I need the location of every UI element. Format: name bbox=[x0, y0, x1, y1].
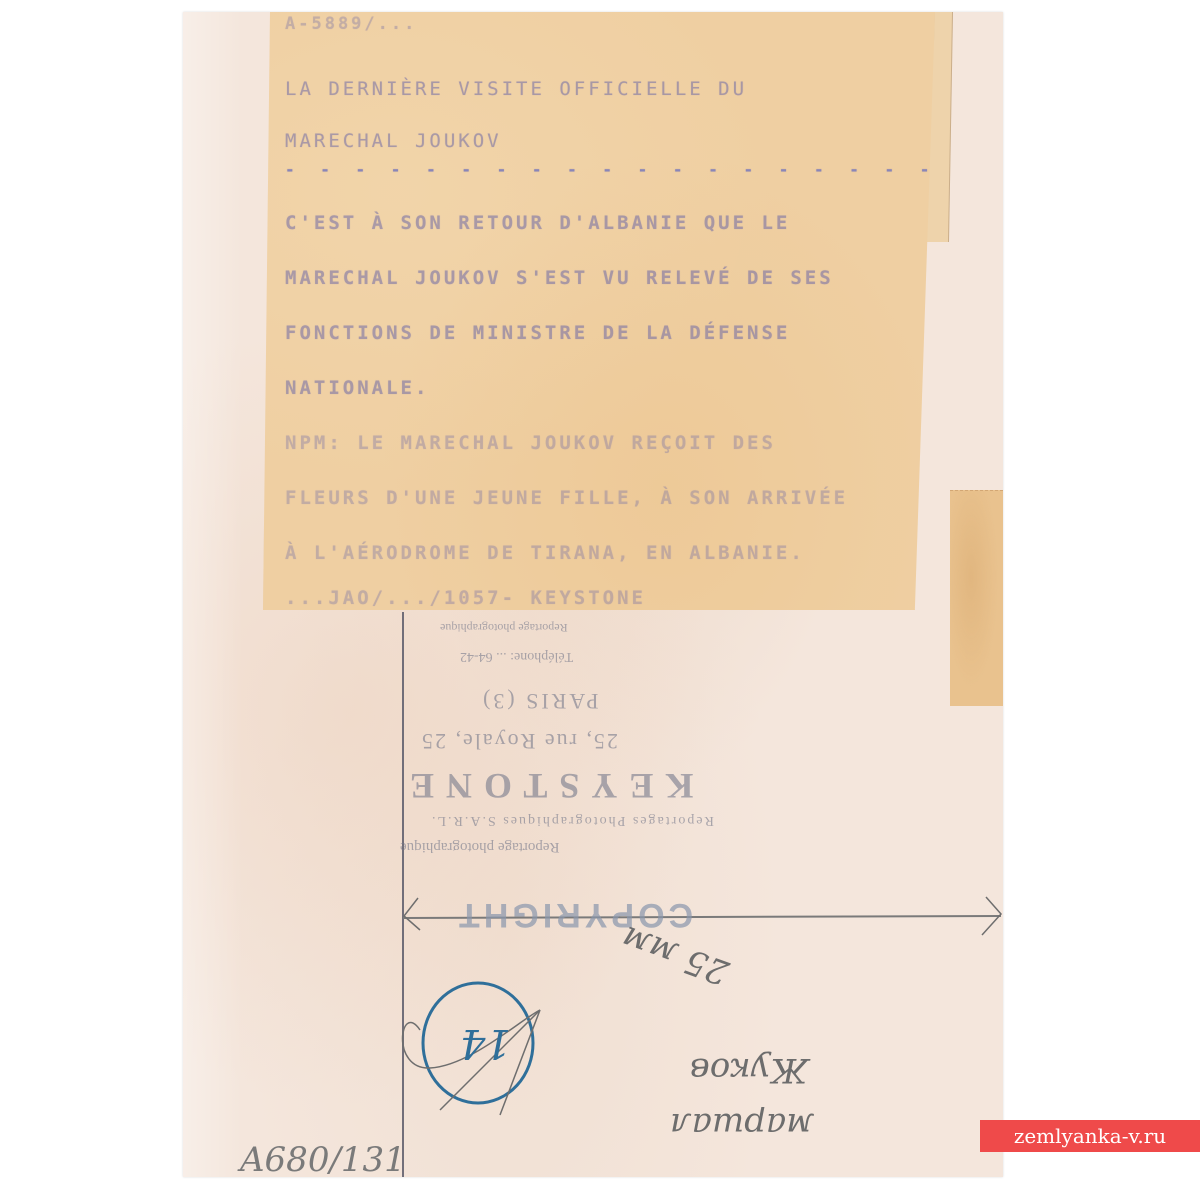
russian-note-line-1: Жуков bbox=[690, 1050, 809, 1090]
site-watermark: zemlyanka-v.ru bbox=[980, 1120, 1200, 1152]
arrow-left-icon bbox=[404, 898, 420, 930]
archive-number: A680/131 bbox=[240, 1140, 406, 1180]
arrow-right-icon bbox=[982, 897, 1001, 935]
circled-number: 14 bbox=[460, 1020, 511, 1066]
pencil-marks bbox=[0, 0, 1200, 1200]
russian-note-line-2: маршал bbox=[670, 1105, 814, 1145]
